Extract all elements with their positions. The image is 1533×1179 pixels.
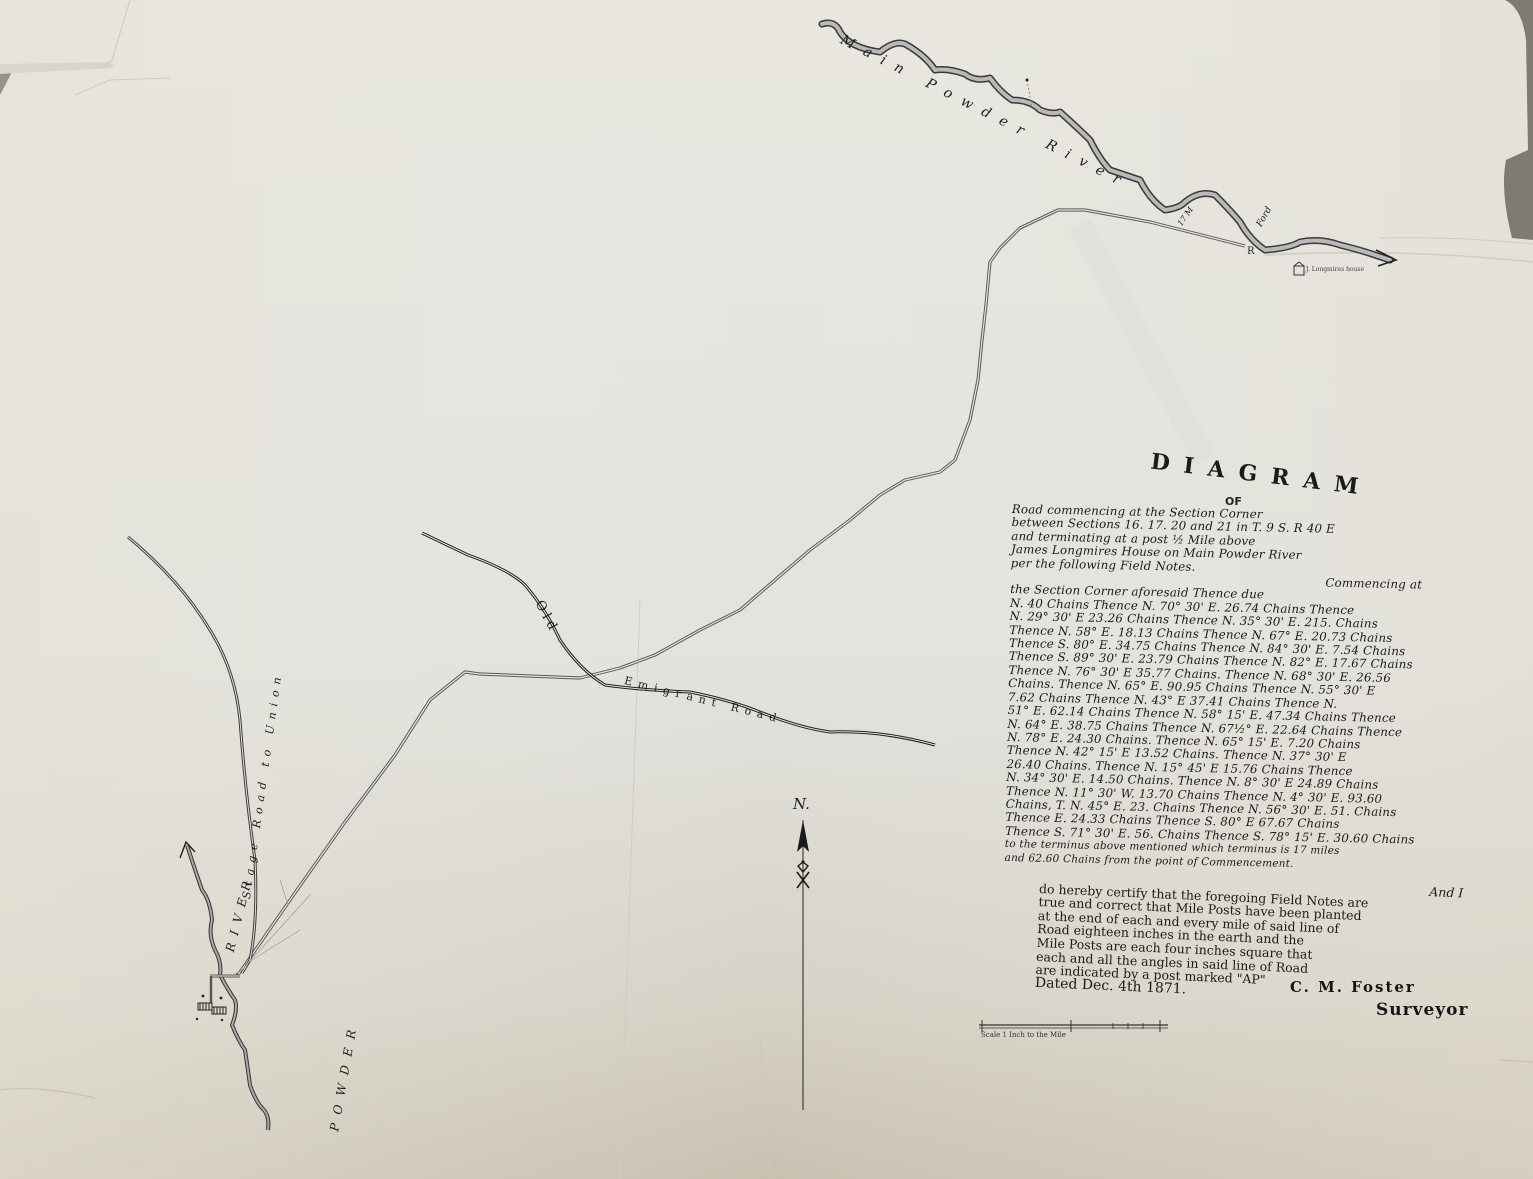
- field-notes-block: Road commencing at the Section Corner be…: [1004, 503, 1501, 875]
- surveyor-signature: C. M. Foster: [1290, 978, 1416, 996]
- survey-map-sheet: Main Powder River 17 M Ford R J. Longmir…: [0, 0, 1533, 1179]
- certification-block: And I do hereby certify that the foregoi…: [1035, 868, 1510, 1011]
- label-longmire-house: J. Longmires house: [1306, 266, 1364, 273]
- surveyor-title: Surveyor: [1376, 1000, 1468, 1020]
- main-powder-river: [822, 23, 1396, 266]
- label-scale: Scale 1 Inch to the Mile: [981, 1031, 1066, 1039]
- house-icon: [1294, 262, 1304, 275]
- label-north: N.: [793, 795, 810, 813]
- label-terminus-post: R: [1247, 246, 1255, 257]
- old-emigrant-road: [422, 533, 935, 745]
- north-arrow-icon: [797, 820, 809, 1110]
